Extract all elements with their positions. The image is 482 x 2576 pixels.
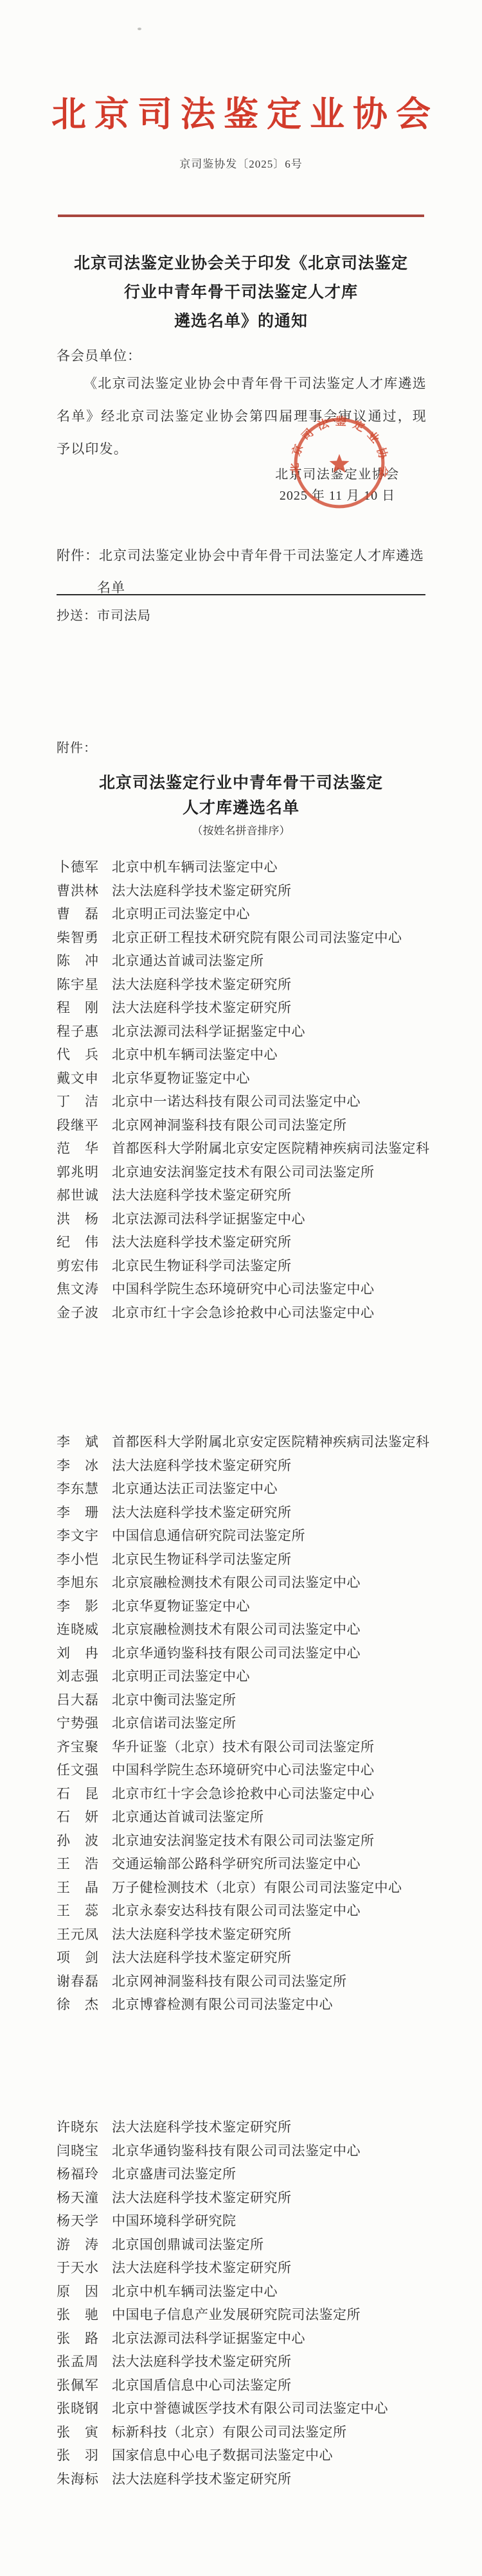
person-name: 张 寅 — [57, 2421, 99, 2444]
person-row: 剪宏伟北京民生物证科学司法鉴定所 — [57, 1254, 442, 1278]
person-row: 柴智勇北京正研工程技术研究院有限公司司法鉴定中心 — [57, 926, 442, 950]
person-org: 法大法庭科学技术鉴定研究所 — [112, 883, 292, 898]
person-org: 北京法源司法科学证据鉴定中心 — [112, 1211, 305, 1227]
person-name: 张 路 — [57, 2327, 99, 2351]
person-org: 中国环境科学研究院 — [112, 2213, 237, 2229]
person-row: 许晓东法大法庭科学技术鉴定研究所 — [57, 2116, 442, 2139]
person-org: 北京中机车辆司法鉴定中心 — [112, 859, 278, 875]
person-org: 法大法庭科学技术鉴定研究所 — [112, 1927, 292, 1942]
body-paragraph: 《北京司法鉴定业协会中青年骨干司法鉴定人才库遴选名单》经北京司法鉴定业协会第四届… — [57, 367, 427, 466]
person-org: 北京华夏物证鉴定中心 — [112, 1599, 250, 1614]
attachment-section-label: 附件： — [57, 739, 97, 758]
person-name: 李文宇 — [57, 1524, 99, 1548]
person-org: 北京通达法正司法鉴定中心 — [112, 1481, 278, 1496]
person-name: 张 驰 — [57, 2303, 99, 2327]
person-row: 李 影北京华夏物证鉴定中心 — [57, 1595, 442, 1618]
person-row: 范 华首都医科大学附属北京安定医院精神疾病司法鉴定科 — [57, 1137, 442, 1161]
person-row: 程 刚法大法庭科学技术鉴定研究所 — [57, 996, 442, 1020]
person-name: 张 羽 — [57, 2444, 99, 2467]
person-org: 北京华夏物证鉴定中心 — [112, 1071, 250, 1086]
attachment-title-line: 北京司法鉴定行业中青年骨干司法鉴定 — [26, 771, 456, 796]
person-org: 华升证鉴（北京）技术有限公司司法鉴定所 — [112, 1739, 375, 1755]
person-org: 法大法庭科学技术鉴定研究所 — [112, 2190, 292, 2205]
person-org: 法大法庭科学技术鉴定研究所 — [112, 2119, 292, 2135]
person-row: 连晓威北京宸融检测技术有限公司司法鉴定中心 — [57, 1618, 442, 1642]
person-row: 李 冰法大法庭科学技术鉴定研究所 — [57, 1454, 442, 1478]
person-name: 石 妍 — [57, 1805, 99, 1829]
person-row: 齐宝聚华升证鉴（北京）技术有限公司司法鉴定所 — [57, 1735, 442, 1759]
footer-divider-rule — [57, 594, 425, 595]
person-org: 法大法庭科学技术鉴定研究所 — [112, 1505, 292, 1520]
roster-block-2: 李 斌首都医科大学附属北京安定医院精神疾病司法鉴定科李 冰法大法庭科学技术鉴定研… — [57, 1430, 442, 2017]
person-name: 李 冰 — [57, 1454, 99, 1478]
person-org: 北京法源司法科学证据鉴定中心 — [112, 2331, 305, 2346]
person-name: 范 华 — [57, 1137, 99, 1161]
person-row: 卜德军北京中机车辆司法鉴定中心 — [57, 855, 442, 879]
person-org: 北京明正司法鉴定中心 — [112, 1669, 250, 1684]
person-row: 张 寅标新科技（北京）有限公司司法鉴定所 — [57, 2421, 442, 2444]
person-row: 段继平北京网神洞鉴科技有限公司司法鉴定所 — [57, 1114, 442, 1137]
person-name: 程子惠 — [57, 1020, 99, 1044]
person-name: 纪 伟 — [57, 1231, 99, 1254]
person-name: 李东慧 — [57, 1477, 99, 1501]
document-page: 北京司法鉴定业协会 京司鉴协发〔2025〕6号 北京司法鉴定业协会关于印发《北京… — [0, 0, 482, 2576]
person-name: 杨福玲 — [57, 2162, 99, 2186]
person-org: 首都医科大学附属北京安定医院精神疾病司法鉴定科 — [112, 1434, 430, 1450]
cc-line: 抄送：市司法局 — [57, 606, 151, 626]
signature-org: 北京司法鉴定业协会 — [231, 467, 443, 482]
person-name: 闫晓宝 — [57, 2139, 99, 2163]
attachment-note-line: 名单 — [57, 572, 429, 604]
person-row: 郭兆明北京迪安法润鉴定技术有限公司司法鉴定所 — [57, 1161, 442, 1184]
person-name: 李 斌 — [57, 1430, 99, 1454]
person-row: 宁势强北京信诺司法鉴定所 — [57, 1712, 442, 1735]
person-name: 齐宝聚 — [57, 1735, 99, 1759]
person-name: 王 浩 — [57, 1852, 99, 1876]
person-org: 法大法庭科学技术鉴定研究所 — [112, 2260, 292, 2275]
person-row: 张 驰中国电子信息产业发展研究院司法鉴定所 — [57, 2303, 442, 2327]
person-row: 金子波北京市红十字会急诊抢救中心司法鉴定中心 — [57, 1301, 442, 1325]
person-row: 戴文申北京华夏物证鉴定中心 — [57, 1067, 442, 1091]
person-org: 法大法庭科学技术鉴定研究所 — [112, 2354, 292, 2369]
person-org: 北京国盾信息中心司法鉴定所 — [112, 2378, 292, 2393]
person-org: 北京永泰安达科技有限公司司法鉴定中心 — [112, 1903, 361, 1918]
person-row: 李文宇中国信息通信研究院司法鉴定所 — [57, 1524, 442, 1548]
person-org: 北京华通钧鉴科技有限公司司法鉴定中心 — [112, 2143, 361, 2159]
attachment-title: 北京司法鉴定行业中青年骨干司法鉴定 人才库遴选名单 — [26, 771, 456, 821]
person-row: 李小恺北京民生物证科学司法鉴定所 — [57, 1548, 442, 1572]
person-org: 中国科学院生态环境研究中心司法鉴定中心 — [112, 1762, 375, 1778]
person-row: 李东慧北京通达法正司法鉴定中心 — [57, 1477, 442, 1501]
person-name: 张晓钢 — [57, 2397, 99, 2421]
person-org: 北京明正司法鉴定中心 — [112, 906, 250, 922]
person-org: 北京迪安法润鉴定技术有限公司司法鉴定所 — [112, 1833, 375, 1848]
person-org: 法大法庭科学技术鉴定研究所 — [112, 1234, 292, 1250]
person-name: 石 昆 — [57, 1782, 99, 1806]
person-row: 张晓钢北京中誉德诚医学技术有限公司司法鉴定中心 — [57, 2397, 442, 2421]
person-row: 徐 杰北京博睿检测有限公司司法鉴定中心 — [57, 1993, 442, 2017]
person-row: 张 羽国家信息中心电子数据司法鉴定中心 — [57, 2444, 442, 2467]
person-row: 纪 伟法大法庭科学技术鉴定研究所 — [57, 1231, 442, 1254]
person-row: 任文强中国科学院生态环境研究中心司法鉴定中心 — [57, 1758, 442, 1782]
person-row: 谢春磊北京网神洞鉴科技有限公司司法鉴定所 — [57, 1970, 442, 1993]
signature-date: 2025 年 11 月 10 日 — [231, 488, 443, 504]
person-org: 北京中机车辆司法鉴定中心 — [112, 1047, 278, 1062]
person-row: 项 剑法大法庭科学技术鉴定研究所 — [57, 1946, 442, 1970]
person-org: 北京华通钧鉴科技有限公司司法鉴定中心 — [112, 1645, 361, 1661]
person-name: 代 兵 — [57, 1043, 99, 1067]
person-org: 法大法庭科学技术鉴定研究所 — [112, 2471, 292, 2487]
person-row: 李 斌首都医科大学附属北京安定医院精神疾病司法鉴定科 — [57, 1430, 442, 1454]
person-name: 于天水 — [57, 2256, 99, 2280]
person-org: 北京网神洞鉴科技有限公司司法鉴定所 — [112, 1974, 347, 1989]
person-name: 李 影 — [57, 1595, 99, 1618]
person-org: 中国信息通信研究院司法鉴定所 — [112, 1528, 305, 1543]
issuing-org-masthead: 北京司法鉴定业协会 — [0, 94, 482, 134]
person-row: 张孟周法大法庭科学技术鉴定研究所 — [57, 2350, 442, 2374]
person-org: 北京宸融检测技术有限公司司法鉴定中心 — [112, 1622, 361, 1637]
document-title-line: 遴选名单》的通知 — [26, 307, 456, 336]
roster-block-3: 许晓东法大法庭科学技术鉴定研究所闫晓宝北京华通钧鉴科技有限公司司法鉴定中心杨福玲… — [57, 2116, 442, 2491]
person-row: 洪 杨北京法源司法科学证据鉴定中心 — [57, 1207, 442, 1231]
attachment-subtitle: （按姓名拼音排序） — [0, 823, 482, 839]
person-row: 游 涛北京国创鼎诚司法鉴定所 — [57, 2233, 442, 2257]
person-name: 陈宇星 — [57, 973, 99, 997]
person-row: 曹 磊北京明正司法鉴定中心 — [57, 902, 442, 926]
person-org: 北京中一诺达科技有限公司司法鉴定中心 — [112, 1094, 361, 1109]
person-row: 孙 波北京迪安法润鉴定技术有限公司司法鉴定所 — [57, 1829, 442, 1853]
person-name: 李旭东 — [57, 1571, 99, 1595]
person-name: 曹洪林 — [57, 879, 99, 903]
person-name: 刘 冉 — [57, 1642, 99, 1665]
person-org: 标新科技（北京）有限公司司法鉴定所 — [112, 2424, 347, 2440]
salutation: 各会员单位： — [57, 347, 141, 365]
person-org: 北京正研工程技术研究院有限公司司法鉴定中心 — [112, 930, 402, 945]
person-org: 万子健检测技术（北京）有限公司司法鉴定中心 — [112, 1880, 402, 1895]
person-row: 王 蕊北京永泰安达科技有限公司司法鉴定中心 — [57, 1899, 442, 1923]
person-name: 洪 杨 — [57, 1207, 99, 1231]
person-row: 陈宇星法大法庭科学技术鉴定研究所 — [57, 973, 442, 997]
person-org: 北京通达首诚司法鉴定所 — [112, 1809, 264, 1825]
person-name: 连晓威 — [57, 1618, 99, 1642]
person-org: 北京中机车辆司法鉴定中心 — [112, 2284, 278, 2299]
person-org: 北京迪安法润鉴定技术有限公司司法鉴定所 — [112, 1164, 375, 1180]
person-org: 北京中衡司法鉴定所 — [112, 1692, 237, 1708]
person-row: 石 妍北京通达首诚司法鉴定所 — [57, 1805, 442, 1829]
person-row: 原 因北京中机车辆司法鉴定中心 — [57, 2280, 442, 2304]
person-name: 李 珊 — [57, 1501, 99, 1525]
person-name: 王元凤 — [57, 1923, 99, 1947]
person-name: 刘志强 — [57, 1665, 99, 1688]
person-org: 法大法庭科学技术鉴定研究所 — [112, 1187, 292, 1203]
person-row: 程子惠北京法源司法科学证据鉴定中心 — [57, 1020, 442, 1044]
person-name: 原 因 — [57, 2280, 99, 2304]
person-org: 北京网神洞鉴科技有限公司司法鉴定所 — [112, 1117, 347, 1133]
person-name: 许晓东 — [57, 2116, 99, 2139]
person-name: 郭兆明 — [57, 1161, 99, 1184]
person-name: 郝世诚 — [57, 1184, 99, 1207]
person-row: 王 晶万子健检测技术（北京）有限公司司法鉴定中心 — [57, 1876, 442, 1900]
person-name: 丁 洁 — [57, 1090, 99, 1114]
person-name: 朱海标 — [57, 2467, 99, 2491]
person-row: 吕大磊北京中衡司法鉴定所 — [57, 1688, 442, 1712]
document-title: 北京司法鉴定业协会关于印发《北京司法鉴定 行业中青年骨干司法鉴定人才库 遴选名单… — [26, 249, 456, 336]
person-name: 吕大磊 — [57, 1688, 99, 1712]
person-row: 代 兵北京中机车辆司法鉴定中心 — [57, 1043, 442, 1067]
person-row: 王元凤法大法庭科学技术鉴定研究所 — [57, 1923, 442, 1947]
person-name: 宁势强 — [57, 1712, 99, 1735]
person-row: 张 路北京法源司法科学证据鉴定中心 — [57, 2327, 442, 2351]
document-number: 京司鉴协发〔2025〕6号 — [0, 157, 482, 172]
person-org: 北京博睿检测有限公司司法鉴定中心 — [112, 1997, 333, 2012]
person-row: 张佩军北京国盾信息中心司法鉴定所 — [57, 2374, 442, 2397]
person-org: 首都医科大学附属北京安定医院精神疾病司法鉴定科 — [112, 1141, 430, 1156]
person-row: 杨天潼法大法庭科学技术鉴定研究所 — [57, 2186, 442, 2210]
person-row: 丁 洁北京中一诺达科技有限公司司法鉴定中心 — [57, 1090, 442, 1114]
person-org: 法大法庭科学技术鉴定研究所 — [112, 1458, 292, 1473]
person-name: 任文强 — [57, 1758, 99, 1782]
person-row: 陈 冲北京通达首诚司法鉴定所 — [57, 949, 442, 973]
person-name: 项 剑 — [57, 1946, 99, 1970]
person-name: 游 涛 — [57, 2233, 99, 2257]
person-org: 北京宸融检测技术有限公司司法鉴定中心 — [112, 1575, 361, 1590]
person-name: 焦文涛 — [57, 1277, 99, 1301]
person-org: 交通运输部公路科学研究所司法鉴定中心 — [112, 1856, 361, 1871]
person-name: 李小恺 — [57, 1548, 99, 1572]
person-org: 中国电子信息产业发展研究院司法鉴定所 — [112, 2307, 361, 2322]
person-org: 北京中誉德诚医学技术有限公司司法鉴定中心 — [112, 2401, 388, 2416]
person-row: 于天水法大法庭科学技术鉴定研究所 — [57, 2256, 442, 2280]
person-org: 国家信息中心电子数据司法鉴定中心 — [112, 2448, 333, 2463]
red-divider-rule — [58, 215, 424, 217]
person-name: 金子波 — [57, 1301, 99, 1325]
person-org: 北京民生物证科学司法鉴定所 — [112, 1258, 292, 1274]
person-name: 卜德军 — [57, 855, 99, 879]
person-name: 王 晶 — [57, 1876, 99, 1900]
person-name: 王 蕊 — [57, 1899, 99, 1923]
person-org: 中国科学院生态环境研究中心司法鉴定中心 — [112, 1281, 375, 1297]
person-org: 北京盛唐司法鉴定所 — [112, 2166, 237, 2182]
person-row: 朱海标法大法庭科学技术鉴定研究所 — [57, 2467, 442, 2491]
person-org: 北京国创鼎诚司法鉴定所 — [112, 2237, 264, 2252]
document-title-line: 北京司法鉴定业协会关于印发《北京司法鉴定 — [26, 249, 456, 278]
person-row: 李旭东北京宸融检测技术有限公司司法鉴定中心 — [57, 1571, 442, 1595]
person-org: 北京信诺司法鉴定所 — [112, 1715, 237, 1731]
person-row: 刘 冉北京华通钧鉴科技有限公司司法鉴定中心 — [57, 1642, 442, 1665]
person-org: 北京法源司法科学证据鉴定中心 — [112, 1024, 305, 1039]
person-name: 徐 杰 — [57, 1993, 99, 2017]
person-row: 曹洪林法大法庭科学技术鉴定研究所 — [57, 879, 442, 903]
person-name: 柴智勇 — [57, 926, 99, 950]
person-row: 王 浩交通运输部公路科学研究所司法鉴定中心 — [57, 1852, 442, 1876]
person-name: 张佩军 — [57, 2374, 99, 2397]
document-title-line: 行业中青年骨干司法鉴定人才库 — [26, 278, 456, 307]
person-org: 北京市红十字会急诊抢救中心司法鉴定中心 — [112, 1786, 375, 1801]
person-org: 北京民生物证科学司法鉴定所 — [112, 1552, 292, 1567]
person-name: 曹 磊 — [57, 902, 99, 926]
person-org: 法大法庭科学技术鉴定研究所 — [112, 1950, 292, 1965]
person-row: 焦文涛中国科学院生态环境研究中心司法鉴定中心 — [57, 1277, 442, 1301]
person-org: 法大法庭科学技术鉴定研究所 — [112, 977, 292, 992]
person-name: 程 刚 — [57, 996, 99, 1020]
scan-artifact — [138, 28, 141, 30]
person-name: 陈 冲 — [57, 949, 99, 973]
roster-block-1: 卜德军北京中机车辆司法鉴定中心曹洪林法大法庭科学技术鉴定研究所曹 磊北京明正司法… — [57, 855, 442, 1324]
person-row: 刘志强北京明正司法鉴定中心 — [57, 1665, 442, 1688]
person-row: 杨天学中国环境科学研究院 — [57, 2209, 442, 2233]
person-row: 郝世诚法大法庭科学技术鉴定研究所 — [57, 1184, 442, 1207]
person-name: 剪宏伟 — [57, 1254, 99, 1278]
attachment-title-line: 人才库遴选名单 — [26, 796, 456, 821]
person-org: 法大法庭科学技术鉴定研究所 — [112, 1000, 292, 1015]
person-name: 段继平 — [57, 1114, 99, 1137]
person-name: 杨天潼 — [57, 2186, 99, 2210]
person-row: 杨福玲北京盛唐司法鉴定所 — [57, 2162, 442, 2186]
person-row: 石 昆北京市红十字会急诊抢救中心司法鉴定中心 — [57, 1782, 442, 1806]
person-row: 闫晓宝北京华通钧鉴科技有限公司司法鉴定中心 — [57, 2139, 442, 2163]
person-name: 谢春磊 — [57, 1970, 99, 1993]
person-org: 北京市红十字会急诊抢救中心司法鉴定中心 — [112, 1305, 375, 1320]
person-row: 李 珊法大法庭科学技术鉴定研究所 — [57, 1501, 442, 1525]
person-name: 孙 波 — [57, 1829, 99, 1853]
person-name: 杨天学 — [57, 2209, 99, 2233]
person-name: 张孟周 — [57, 2350, 99, 2374]
attachment-note-line: 附件：北京司法鉴定业协会中青年骨干司法鉴定人才库遴选 — [57, 539, 429, 572]
person-name: 戴文申 — [57, 1067, 99, 1091]
person-org: 北京通达首诚司法鉴定所 — [112, 953, 264, 968]
